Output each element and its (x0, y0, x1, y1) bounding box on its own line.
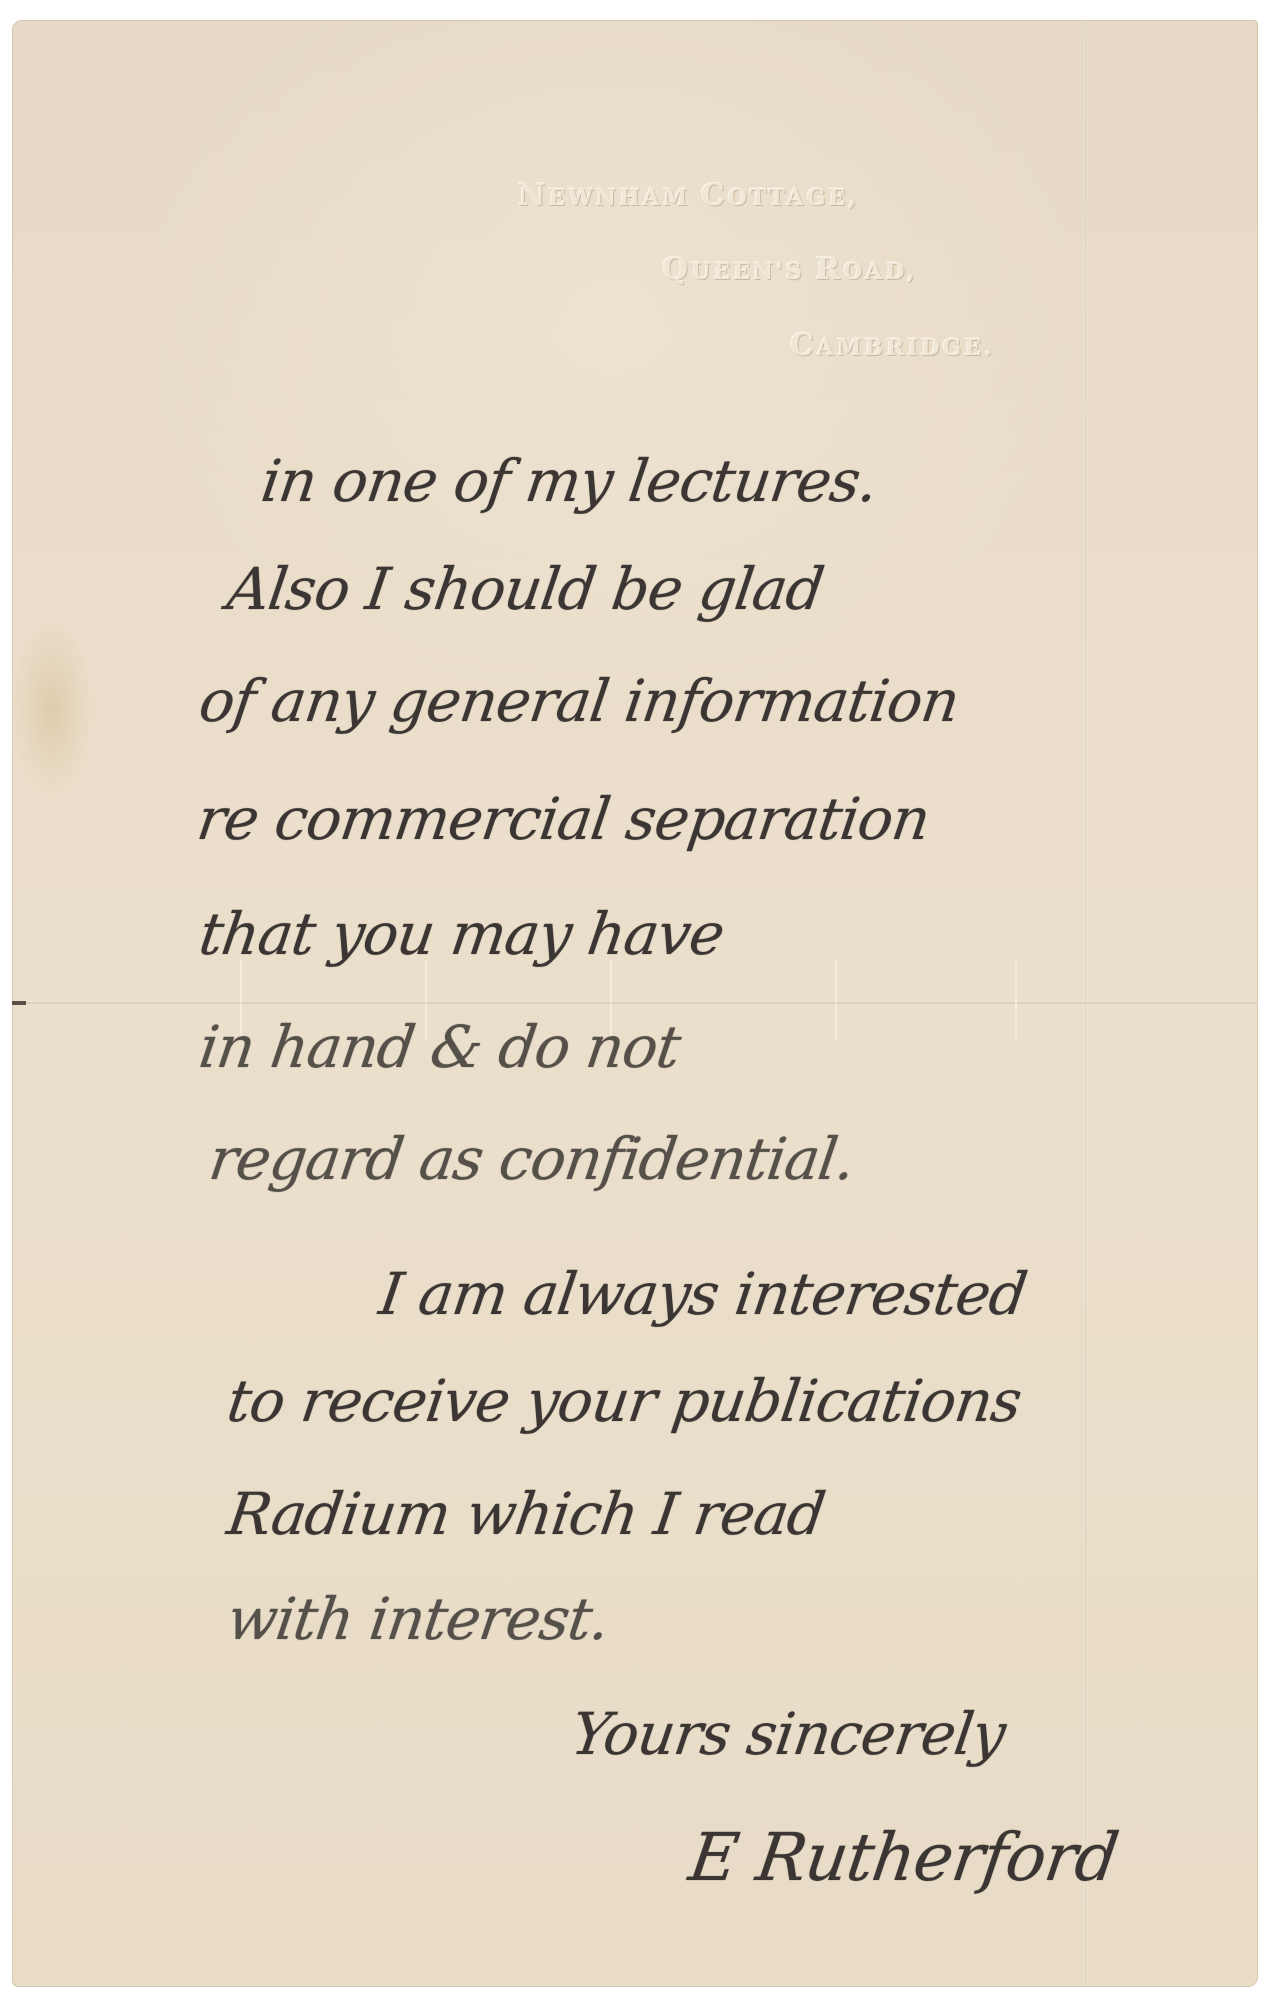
letterhead-initial: C (790, 328, 817, 363)
letterhead-initial: Q (662, 252, 691, 287)
body-line-7: regard as confidential. (206, 1130, 858, 1188)
body-line-1: in one of my lectures. (258, 452, 881, 510)
closing: Yours sincerely (568, 1705, 1008, 1763)
letterhead-line-2: QUEEN'S ROAD, (662, 252, 917, 287)
body-line-4: re commercial separation (194, 790, 933, 848)
body-line-10: Radium which I read (224, 1485, 828, 1543)
body-line-6: in hand & do not (196, 1018, 683, 1076)
body-line-9: to receive your publications (224, 1372, 1025, 1430)
body-line-8: I am always interested (376, 1265, 1030, 1323)
letterhead-line-3: CAMBRIDGE. (790, 328, 995, 363)
signature: E Rutherford (685, 1825, 1121, 1891)
wrinkle (1015, 960, 1017, 1040)
wrinkle (835, 960, 837, 1040)
fold-notch (12, 1001, 26, 1005)
body-line-11: with interest. (224, 1590, 613, 1648)
letterhead-line-1: NEWNHAM COTTAGE, (518, 178, 859, 213)
body-line-3: of any general information (196, 672, 962, 730)
letterhead-text: UEEN'S (691, 259, 815, 285)
letterhead-initial: C (701, 178, 728, 213)
letterhead-text: AMBRIDGE. (817, 335, 995, 361)
letterhead-initial: R (815, 252, 843, 287)
horizontal-fold (12, 1001, 1258, 1005)
body-line-2: Also I should be glad (224, 560, 827, 618)
letterhead-text: OTTAGE, (728, 185, 859, 211)
letterhead-initial: N (518, 178, 548, 213)
body-line-5: that you may have (196, 905, 727, 963)
letterhead-text: OAD, (843, 259, 917, 285)
letterhead-text: EWNHAM (548, 185, 700, 211)
